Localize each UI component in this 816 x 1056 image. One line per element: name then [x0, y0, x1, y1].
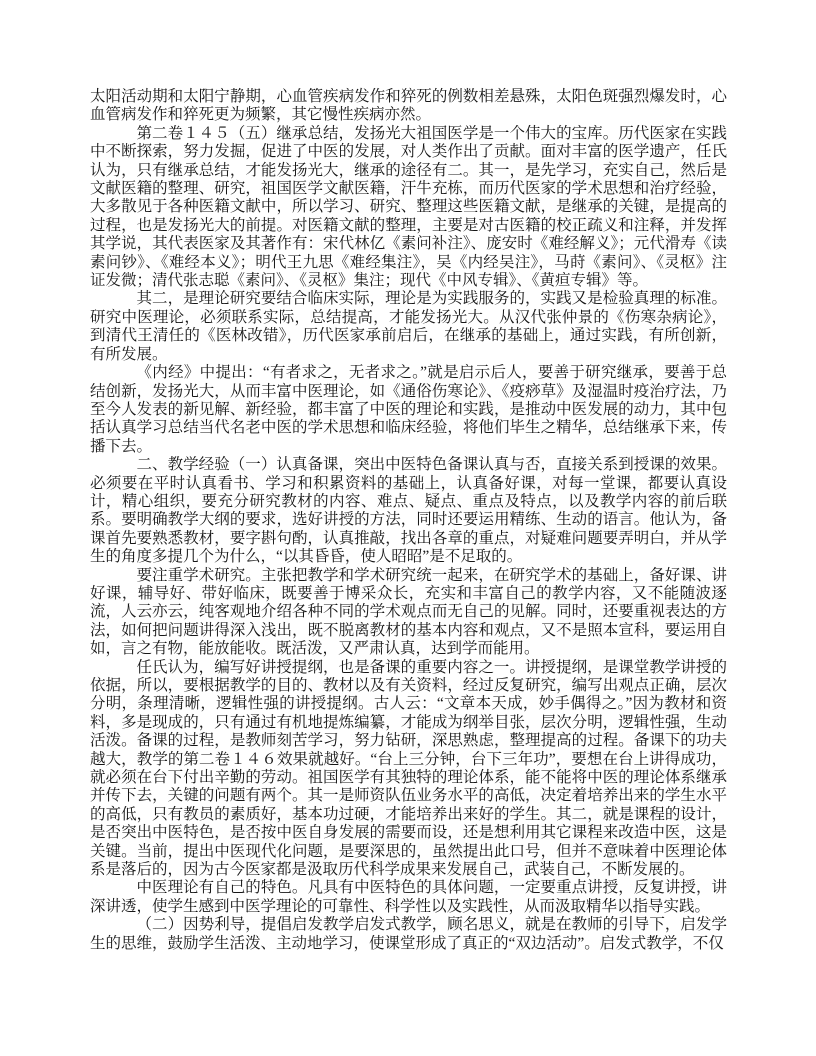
- paragraph-1: 太阳活动期和太阳宁静期，心血管疾病发作和猝死的例数相差悬殊，太阳色斑强烈爆发时，…: [90, 88, 727, 125]
- paragraph-9: （二）因势利导，提倡启发教学启发式教学，顾名思义，就是在教师的引导下，启发学生的…: [90, 916, 727, 953]
- paragraph-6: 要注重学术研究。主张把教学和学术研究统一起来，在研究学术的基础上，备好课、讲好课…: [90, 567, 727, 659]
- document-body: 太阳活动期和太阳宁静期，心血管疾病发作和猝死的例数相差悬殊，太阳色斑强烈爆发时，…: [90, 88, 727, 953]
- paragraph-8: 中医理论有自己的特色。凡具有中医特色的具体问题，一定要重点讲授，反复讲授，讲深讲…: [90, 879, 727, 916]
- document-page: 太阳活动期和太阳宁静期，心血管疾病发作和猝死的例数相差悬殊，太阳色斑强烈爆发时，…: [0, 0, 816, 1056]
- paragraph-4: 《内经》中提出：“有者求之，无者求之。”就是启示后人，要善于研究继承，要善于总结…: [90, 364, 727, 456]
- paragraph-7: 任氏认为，编写好讲授提纲，也是备课的重要内容之一。讲授提纲，是课堂教学讲授的依据…: [90, 659, 727, 880]
- paragraph-3: 其二，是理论研究要结合临床实际，理论是为实践服务的，实践又是检验真理的标准。研究…: [90, 290, 727, 364]
- paragraph-5: 二、教学经验（一）认真备课，突出中医特色备课认真与否，直接关系到授课的效果。必须…: [90, 456, 727, 566]
- paragraph-2: 第二卷１４５（五）继承总结，发扬光大祖国医学是一个伟大的宝库。历代医家在实践中不…: [90, 125, 727, 291]
